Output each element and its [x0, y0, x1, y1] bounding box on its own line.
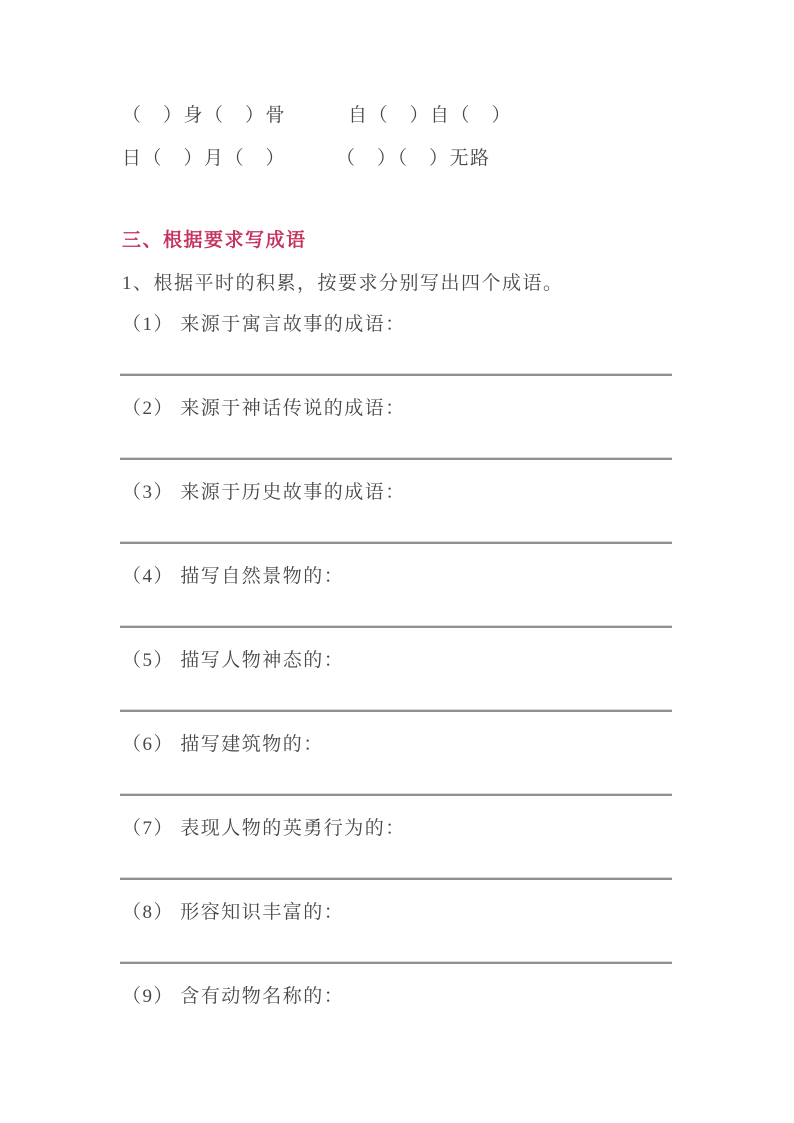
prompt-7: （7） 表现人物的英勇行为的： [122, 815, 794, 843]
fill-blank-phrase: 自（ ）自（ ） [348, 105, 512, 126]
answer-line-6 [120, 793, 672, 796]
answer-line-2 [120, 457, 672, 460]
prompt-5: （5） 描写人物神态的： [122, 647, 794, 675]
answer-line-3 [120, 541, 672, 544]
answer-line-4 [120, 625, 672, 628]
fill-blank-phrase: 日（ ）月（ ） [122, 148, 286, 169]
prompt-6: （6） 描写建筑物的： [122, 731, 794, 759]
fill-blank-phrase: （ ）身（ ）骨 [122, 105, 286, 126]
prompt-4: （4） 描写自然景物的： [122, 563, 794, 591]
answer-line-8 [120, 961, 672, 964]
prompt-8: （8） 形容知识丰富的： [122, 899, 794, 927]
prompt-1: （1） 来源于寓言故事的成语： [122, 311, 794, 339]
prompt-3: （3） 来源于历史故事的成语： [122, 479, 794, 507]
document-page: （ ）身（ ）骨自（ ）自（ ） 日（ ）月（ ）（ ）（ ）无路 三、根据要求… [0, 0, 794, 1123]
answer-line-5 [120, 709, 672, 712]
fill-blank-row-2: 日（ ）月（ ）（ ）（ ）无路 [122, 145, 794, 173]
question-instruction: 1、根据平时的积累，按要求分别写出四个成语。 [122, 270, 794, 298]
prompt-2: （2） 来源于神话传说的成语： [122, 395, 794, 423]
prompt-9: （9） 含有动物名称的： [122, 983, 794, 1011]
section-heading: 三、根据要求写成语 [122, 227, 794, 255]
fill-blank-phrase: （ ）（ ）无路 [336, 148, 491, 169]
answer-line-7 [120, 877, 672, 880]
answer-line-1 [120, 373, 672, 376]
fill-blank-row-1: （ ）身（ ）骨自（ ）自（ ） [122, 102, 794, 130]
